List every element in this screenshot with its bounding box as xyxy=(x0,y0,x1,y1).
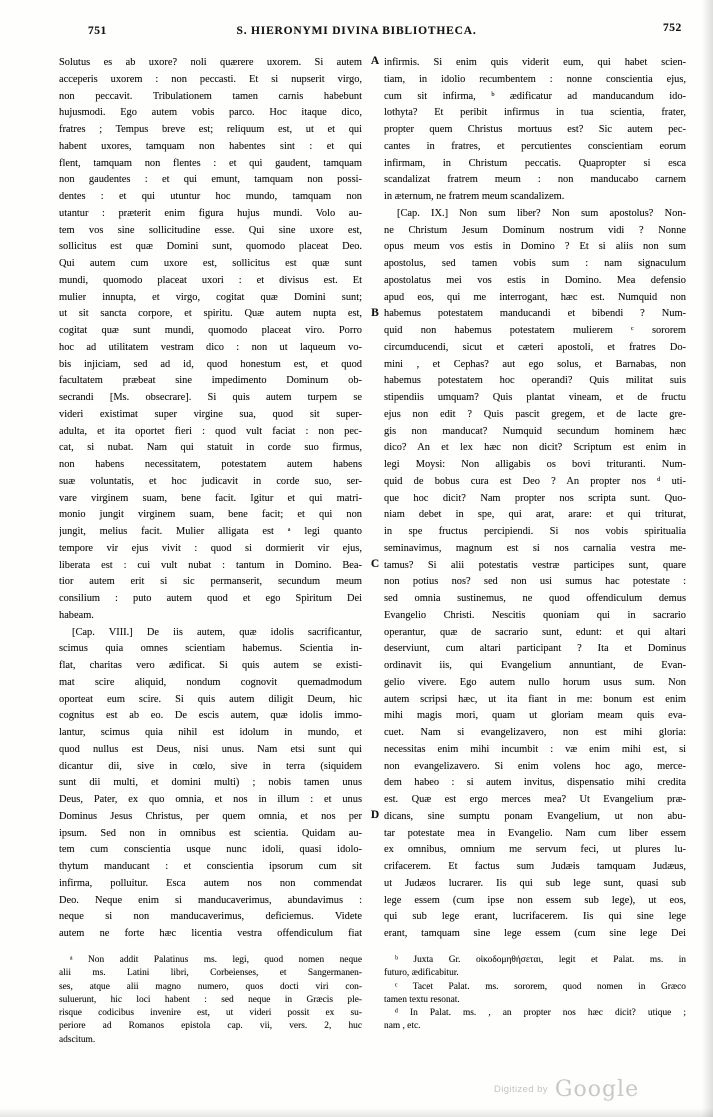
text-line: non potius nos? sed non usi sumus hac po… xyxy=(384,574,686,591)
text-line: hoc ad utilitatem vestram dico : non ut … xyxy=(59,340,362,357)
text-line: operantur, quæ de sacrario sunt, edunt: … xyxy=(384,625,686,642)
text-line: niam debet in spe, qui arat, arare: et q… xyxy=(384,507,686,524)
text-line: infirmis. Si enim quis viderit eum, qui … xyxy=(384,55,686,72)
text-line: quid non habemus potestatem mulierem ᶜ s… xyxy=(384,323,686,340)
text-line: apud eos, qui me interrogant, hæc est. N… xyxy=(384,290,686,307)
margin-marker-d: D xyxy=(368,809,382,821)
text-line: dem habeo : si autem invitus, dispensati… xyxy=(384,775,686,792)
text-line: tempore vir ejus vivit : quod si dormier… xyxy=(59,541,362,558)
margin-marker-b: B xyxy=(368,307,382,319)
text-line: infirmam, in Christum peccatis. Quapropt… xyxy=(384,156,686,173)
text-line: cogitat quæ sunt mundi, quomodo placeat … xyxy=(59,323,362,340)
text-column-right: infirmis. Si enim quis viderit eum, qui … xyxy=(384,55,686,943)
text-line: non gaudentes : et qui emunt, tamquam no… xyxy=(59,172,362,189)
text-line: hujusmodi. Ego autem vobis parco. Hoc it… xyxy=(59,105,362,122)
text-line: circumducendi, sicut et cæteri apostoli,… xyxy=(384,340,686,357)
text-line: [Cap. VIII.] De iis autem, quæ idolis sa… xyxy=(59,625,362,642)
text-line: ejus non edit ? Quis pascit gregem, et d… xyxy=(384,407,686,424)
text-line: quid de bobus cura est Deo ? An propter … xyxy=(384,474,686,491)
text-line: tar potestate mea in Evangelio. Nam cum … xyxy=(384,826,686,843)
text-line: cognitus est ab eo. De escis autem, quæ … xyxy=(59,708,362,725)
text-line: oporteat eum scire. Si quis autem diligi… xyxy=(59,692,362,709)
text-line: que hoc dicit? Nam propter nos scripta s… xyxy=(384,491,686,508)
footnotes-right: ᵇ Juxta Gr. οἰκοδομηθήσεται, legit et Pa… xyxy=(384,954,686,1034)
text-line: ipsum. Sed non in omnibus est scientia. … xyxy=(59,826,362,843)
text-line: dentes : et qui utuntur hoc mundo, tamqu… xyxy=(59,189,362,206)
text-line: ne Christum Jesum Dominum nostrum vidi ?… xyxy=(384,223,686,240)
text-line: est. Quæ est ergo merces mea? Ut Evangel… xyxy=(384,792,686,809)
text-line: seminavimus, magnum est si nos carnalia … xyxy=(384,541,686,558)
text-line: [Cap. IX.] Non sum liber? Non sum aposto… xyxy=(384,206,686,223)
text-line: habeam. xyxy=(59,608,362,625)
text-line: mulier innupta, et virgo, cogitat quæ Do… xyxy=(59,290,362,307)
text-line: lantur, scimus quia nihil est idolum in … xyxy=(59,725,362,742)
text-line: mat scire aliquid, nondum cognovit quema… xyxy=(59,675,362,692)
footnotes-left: ᵃ Non addit Palatinus ms. legi, quod nom… xyxy=(59,954,362,1047)
text-line: tior autem erit si sic permanserit, secu… xyxy=(59,574,362,591)
text-line: tiam, in idolio recumbentem : nonne cons… xyxy=(384,72,686,89)
text-line: acceperis uxorem : non peccasti. Et si n… xyxy=(59,72,362,89)
text-line: cuet. Nam si evangelizavero, non est mih… xyxy=(384,725,686,742)
text-line: in spe fructus percipiendi. Si nos vobis… xyxy=(384,524,686,541)
text-line: utantur : præterit enim figura hujus mun… xyxy=(59,206,362,223)
text-line: Qui autem cum uxore est, sollicitus est … xyxy=(59,256,362,273)
text-line: ex omnibus, omnium me servum feci, ut pl… xyxy=(384,842,686,859)
text-line: infirma, polluitur. Esca autem nos non c… xyxy=(59,876,362,893)
margin-marker-c: C xyxy=(368,558,382,570)
text-line: dicans, sine sumptu ponam Evangelium, ut… xyxy=(384,809,686,826)
text-line: secrandi [Ms. obsecrare]. Si quis autem … xyxy=(59,390,362,407)
running-head-title: S. HIERONYMI DIVINA BIBLIOTHECA. xyxy=(0,25,713,37)
scan-edge-bottom xyxy=(0,1108,713,1117)
text-line: risque codicibus invenire est, ut videri… xyxy=(59,1007,362,1020)
watermark-prefix: Digitized by xyxy=(494,1084,548,1095)
text-line: mini , et Cephas? aut ego solus, et Barn… xyxy=(384,357,686,374)
text-line: consilium : puto autem quod et ego Spiri… xyxy=(59,591,362,608)
text-line: dico? An et lex hæc non dicit? Scriptum … xyxy=(384,440,686,457)
text-line: jungit, melius facit. Mulier alligata es… xyxy=(59,524,362,541)
text-line: qui sub lege erant, lucrifacerem. Iis qu… xyxy=(384,909,686,926)
text-line: flent, tamquam non flentes : et qui gaud… xyxy=(59,156,362,173)
text-line: ᵃ Non addit Palatinus ms. legi, quod nom… xyxy=(59,954,362,967)
text-line: tem vos sine sollicitudine esse. Qui sin… xyxy=(59,223,362,240)
text-line: tamen textu resonat. xyxy=(384,994,686,1007)
text-line: videri existimat super virgine sua, quod… xyxy=(59,407,362,424)
text-line: gelio vivere. Ego autem nullo horum usus… xyxy=(384,675,686,692)
text-line: cat, si nubat. Nam qui statuit in corde … xyxy=(59,440,362,457)
text-line: legi Moysi: Non alligabis os bovi tritur… xyxy=(384,457,686,474)
text-column-left: Solutus es ab uxore? noli quærere uxorem… xyxy=(59,55,362,943)
text-line: sed omnia sustinemus, ne quod offendicul… xyxy=(384,591,686,608)
text-line: cum sit infirma, ᵇ ædificatur ad manduca… xyxy=(384,89,686,106)
text-line: neque si non manducaverimus, deficiemus.… xyxy=(59,909,362,926)
text-line: ordinavit iis, qui Evangelium annuntiant… xyxy=(384,658,686,675)
text-line: sunt dii multi, et domini multi) ; nobis… xyxy=(59,775,362,792)
text-line: quod nullus est Deus, nisi unus. Nam ets… xyxy=(59,742,362,759)
text-line: flat, charitas vero ædificat. Si quis au… xyxy=(59,658,362,675)
text-line: Dominus Jesus Christus, per quem omnia, … xyxy=(59,809,362,826)
text-line: habent uxores, tamquam non habentes sint… xyxy=(59,139,362,156)
text-line: bis injiciam, sed ad id, quod honestum e… xyxy=(59,357,362,374)
text-line: ut sit sancta corpore, et spiritu. Quæ a… xyxy=(59,306,362,323)
google-logo: Google xyxy=(555,1077,639,1102)
text-line: cantes in fratres, et percutientes consc… xyxy=(384,139,686,156)
text-line: autem ne forte hæc licentia vestra offen… xyxy=(59,926,362,943)
text-line: adulta, et ita oportet fieri : quod vult… xyxy=(59,424,362,441)
text-line: necessitas enim mihi incumbit : væ enim … xyxy=(384,742,686,759)
text-line: futuro, ædificabitur. xyxy=(384,967,686,980)
text-line: in æternum, ne fratrem meum scandalizem. xyxy=(384,189,686,206)
text-line: tamus? Si alii potestatis vestræ partici… xyxy=(384,558,686,575)
text-line: sollicitus est quæ Domini sunt, quomodo … xyxy=(59,239,362,256)
text-line: non peccavit. Tribulationem tamen carnis… xyxy=(59,89,362,106)
text-line: ut Judæos lucrarer. Iis qui sub lege sun… xyxy=(384,876,686,893)
text-line: tem cum conscientia usque nunc idoli, qu… xyxy=(59,842,362,859)
text-line: non habens necessitatem, potestatem aute… xyxy=(59,457,362,474)
text-line: vare virginem suam, bene facit. Igitur e… xyxy=(59,491,362,508)
text-line: periore ad Romanos epistola cap. vii, ve… xyxy=(59,1020,362,1033)
text-line: scandalizat fratrem meum : non manducabo… xyxy=(384,172,686,189)
text-line: propter quem Christus mortuus est? Sic a… xyxy=(384,122,686,139)
text-line: apostolatus mei vos estis in Domino. Mea… xyxy=(384,273,686,290)
text-line: liberata est : cui vult nubat : tantum i… xyxy=(59,558,362,575)
text-line: deserviunt, cum altari participant ? Ita… xyxy=(384,641,686,658)
text-line: adscitum. xyxy=(59,1034,362,1047)
text-line: Deo. Neque enim si manducaverimus, abund… xyxy=(59,893,362,910)
scanned-book-page: { "page": { "left_number": "751", "title… xyxy=(0,0,713,1117)
text-line: non evangelizavero. Si enim volens hoc a… xyxy=(384,759,686,776)
text-line: autem scripsi hæc, ut ita fiant in me: b… xyxy=(384,692,686,709)
text-line: ᶜ Tacet Palat. ms. sororem, quod nomen i… xyxy=(384,981,686,994)
text-line: mihi magis mori, quam ut gloriam meam qu… xyxy=(384,708,686,725)
text-line: apostolus, sed tamen vobis sum : nam sig… xyxy=(384,256,686,273)
text-line: ses, atque alii magno numero, quos docti… xyxy=(59,981,362,994)
text-line: Evangelio Christi. Nescitis quoniam qui … xyxy=(384,608,686,625)
margin-marker-a: A xyxy=(368,55,382,67)
text-line: alii ms. Latini libri, Corbeienses, et S… xyxy=(59,967,362,980)
column-number-right: 752 xyxy=(663,22,682,34)
text-line: Deus, Pater, ex quo omnia, et nos in ill… xyxy=(59,792,362,809)
text-line: crifacerem. Et factus sum Judæis tamquam… xyxy=(384,859,686,876)
text-line: mundi, quomodo placeat uxori : et divisu… xyxy=(59,273,362,290)
digitized-watermark: Digitized by Google xyxy=(494,1077,639,1102)
text-line: nam , etc. xyxy=(384,1020,686,1033)
text-line: erant, tamquam sine lege essem (cum sine… xyxy=(384,926,686,943)
text-line: opus meum vos estis in Domino ? Et si al… xyxy=(384,239,686,256)
text-line: thytum manducant : et conscientia ipsoru… xyxy=(59,859,362,876)
text-line: ᵈ In Palat. ms. , an propter nos hæc dic… xyxy=(384,1007,686,1020)
text-line: ᵇ Juxta Gr. οἰκοδομηθήσεται, legit et Pa… xyxy=(384,954,686,967)
text-line: scimus quia omnes scientiam habemus. Sci… xyxy=(59,641,362,658)
text-line: habemus potestatem hoc operandi? Quis mi… xyxy=(384,373,686,390)
text-line: lege essem (cum ipse non essem sub lege)… xyxy=(384,893,686,910)
text-line: monio jungit virginem suam, bene facit; … xyxy=(59,507,362,524)
text-line: Solutus es ab uxore? noli quærere uxorem… xyxy=(59,55,362,72)
text-line: dicantur dii, sive in cœlo, sive in terr… xyxy=(59,759,362,776)
text-line: habemus potestatem manducandi et bibendi… xyxy=(384,306,686,323)
text-line: stipendiis umquam? Quis plantat vineam, … xyxy=(384,390,686,407)
text-line: gis non manducat? Numquid secundum homin… xyxy=(384,424,686,441)
text-line: suluerunt, hic loci habent : sed neque i… xyxy=(59,994,362,1007)
text-line: facultatem præbeat sine impedimento Domi… xyxy=(59,373,362,390)
text-line: suæ voluntatis, et hoc judicavit in cord… xyxy=(59,474,362,491)
scan-edge-right xyxy=(702,0,713,1117)
text-line: lothyta? Et peribit infirmus in tua scie… xyxy=(384,105,686,122)
text-line: fratres ; Tempus breve est; reliquum est… xyxy=(59,122,362,139)
